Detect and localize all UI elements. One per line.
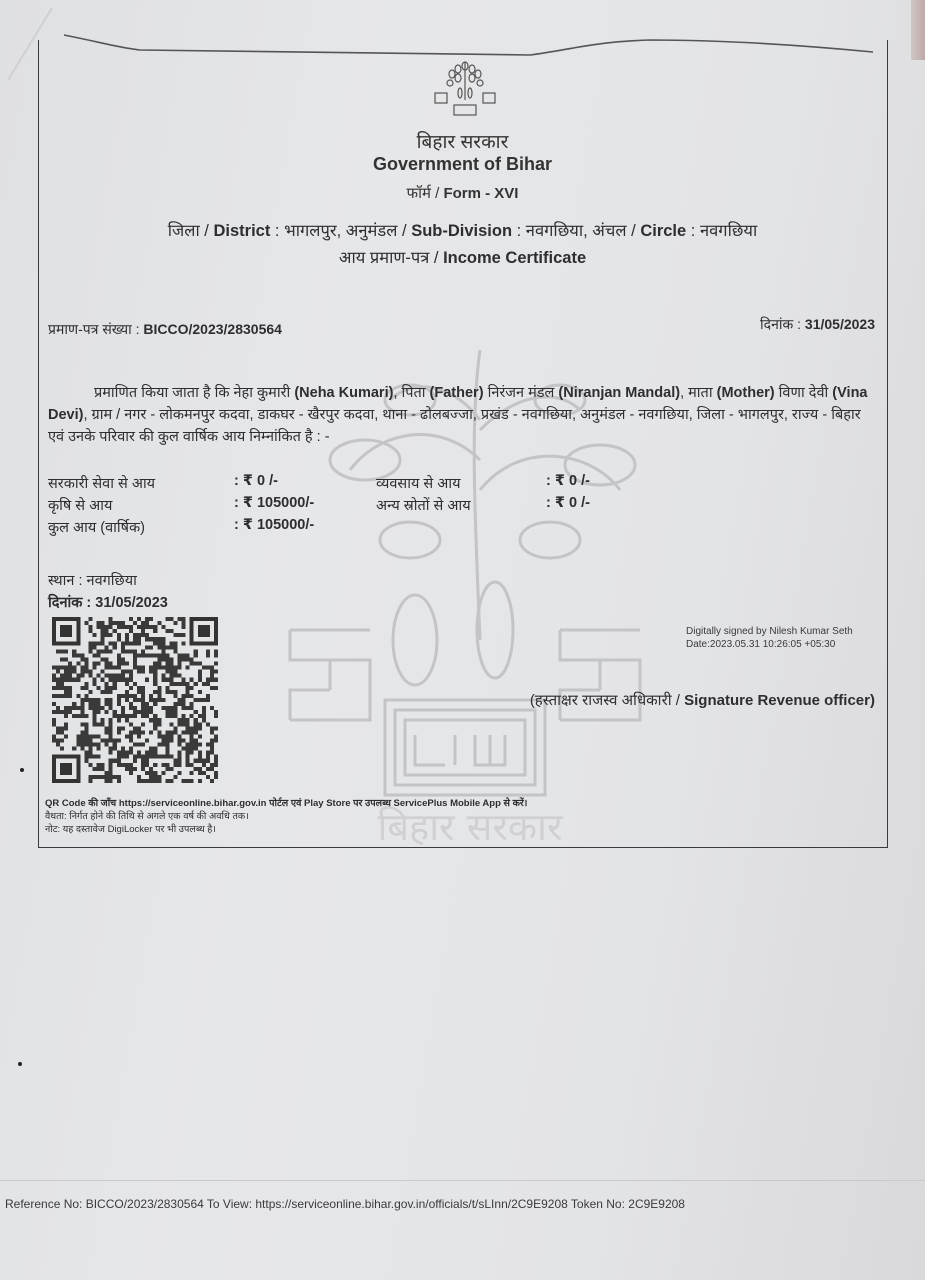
form-title: फॉर्म / Form - XVI [0,183,925,203]
verification-notes: QR Code की जाँच https://serviceonline.bi… [45,797,527,836]
digilocker-note: नोट: यह दस्तावेज DigiLocker पर भी उपलब्ध… [45,823,527,836]
form-english: Form - XVI [443,185,518,202]
certificate-date: दिनांक : 31/05/2023 [760,315,875,334]
certificate-number-label: प्रमाण-पत्र संख्या : [48,321,140,337]
place-line: स्थान : नवगछिया [48,570,137,590]
district-value: भागलपुर [284,222,336,240]
page-edge-shadow [911,0,925,60]
issue-date-value: 31/05/2023 [95,595,168,611]
certification-paragraph: प्रमाणित किया जाता है कि नेहा कुमारी (Ne… [48,382,878,448]
qr-code-icon[interactable] [50,617,220,783]
father-en-label: (Father) [430,385,484,401]
jurisdiction-line: जिला / District : भागलपुर, अनुमंडल / Sub… [0,218,925,241]
applicant-name: (Neha Kumari) [294,385,393,401]
circle-label-hi: अंचल [592,222,626,240]
subdivision-label-hi: अनुमंडल [346,222,398,240]
signature-label: (हस्ताक्षर राजस्व अधिकारी / Signature Re… [530,690,875,710]
digital-signature-signer: Digitally signed by Nilesh Kumar Seth [686,625,853,638]
certificate-date-value: 31/05/2023 [805,316,875,332]
signature-label-hi: (हस्ताक्षर राजस्व अधिकारी / [530,692,680,709]
income-value: : ₹ 0 /- [546,495,590,511]
divider [0,1180,925,1181]
income-label: अन्य स्रोतों से आय [376,495,471,515]
certificate-type: आय प्रमाण-पत्र / Income Certificate [0,245,925,268]
mother-en-label: (Mother) [717,385,775,401]
income-value: : ₹ 0 /- [546,473,590,489]
address-text: , ग्राम / नगर - लोकमनपुर कदवा, डाकघर - ख… [48,407,861,445]
income-label: व्यवसाय से आय [376,473,461,493]
mother-name-hi: विणा देवी [779,385,829,401]
place-value: नवगछिया [87,573,137,589]
issue-date-line: दिनांक : 31/05/2023 [48,592,168,612]
signature-label-en: Signature Revenue officer) [684,692,875,709]
subdivision-value: नवगछिया [526,222,583,240]
bihar-emblem-bodhi-tree-icon [430,58,500,120]
speck [18,1062,22,1066]
father-name-en: (Niranjan Mandal) [558,385,680,401]
digital-signature-info: Digitally signed by Nilesh Kumar Seth Da… [686,625,853,651]
subdivision-label-en: Sub-Division [411,222,512,240]
certificate-type-hi: आय प्रमाण-पत्र [339,249,429,267]
government-hindi-title: बिहार सरकार [0,128,925,154]
income-label: कुल आय (वार्षिक) [48,517,145,537]
income-value: : ₹ 105000/- [234,517,314,533]
circle-label-en: Circle [640,222,686,240]
certificate-number-value: BICCO/2023/2830564 [143,321,282,337]
mother-label: , माता [680,385,713,401]
father-name-hi: निरंजन मंडल [488,385,555,401]
income-label: सरकारी सेवा से आय [48,473,155,493]
income-label: कृषि से आय [48,495,112,515]
place-label: स्थान : [48,573,82,589]
digital-signature-date: Date:2023.05.31 10:26:05 +05:30 [686,638,853,651]
government-title: Government of Bihar [0,154,925,175]
certificate-date-label: दिनांक : [760,316,801,332]
income-value: : ₹ 105000/- [234,495,314,511]
qr-verification-note: QR Code की जाँच https://serviceonline.bi… [45,797,527,810]
issue-date-label: दिनांक : [48,595,91,611]
intro-text: प्रमाणित किया जाता है कि नेहा कुमारी [94,385,290,401]
form-hindi: फॉर्म [407,185,431,202]
income-value: : ₹ 0 /- [234,473,278,489]
district-label-hi: जिला [168,222,200,240]
speck [20,768,24,772]
district-label-en: District [213,222,270,240]
validity-note: वैधता: निर्गत होने की तिथि से अगले एक वर… [45,810,527,823]
certificate-number: प्रमाण-पत्र संख्या : BICCO/2023/2830564 [48,320,282,339]
father-label: , पिता [393,385,425,401]
circle-value: नवगछिया [700,222,757,240]
certificate-type-en: Income Certificate [443,249,586,267]
reference-line: Reference No: BICCO/2023/2830564 To View… [5,1197,685,1211]
